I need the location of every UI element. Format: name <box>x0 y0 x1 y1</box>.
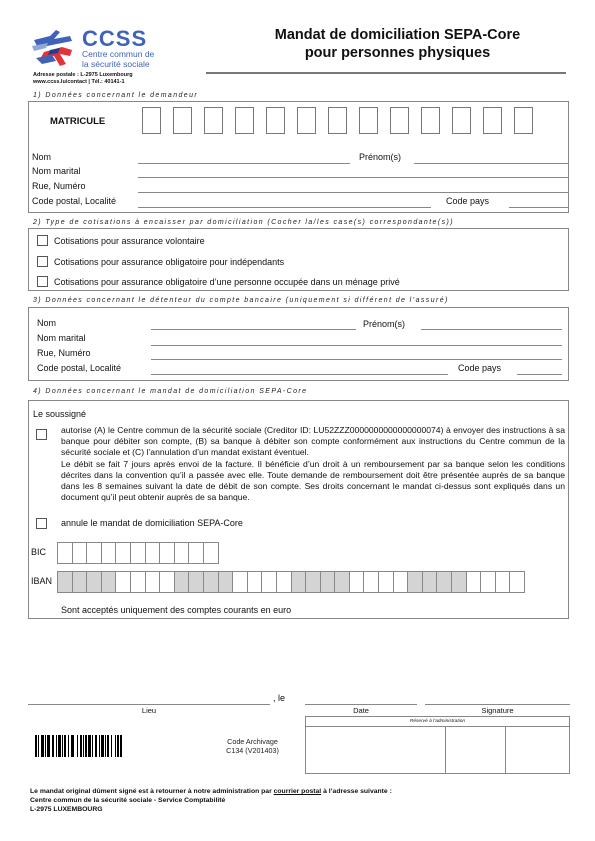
iban-char-cell[interactable] <box>232 571 248 593</box>
title-divider <box>206 72 566 74</box>
section4-heading: 4) Données concernant le mandat de domic… <box>33 388 307 395</box>
euro-accounts-note: Sont acceptés uniquement des comptes cou… <box>61 605 291 615</box>
admin-reserved-box: Réservé à l’administration <box>305 716 570 774</box>
s3-code-postal-label: Code postal, Localité <box>37 363 121 373</box>
iban-char-cell[interactable] <box>436 571 452 593</box>
cancel-text: annule le mandat de domiciliation SEPA-C… <box>61 518 243 528</box>
section2-heading: 2) Type de cotisations à encaisser par d… <box>33 219 454 226</box>
logo-subtitle-line2: la sécurité sociale <box>82 59 154 69</box>
iban-char-cell[interactable] <box>320 571 336 593</box>
iban-char-cell[interactable] <box>261 571 277 593</box>
iban-char-cell[interactable] <box>407 571 423 593</box>
authorize-checkbox[interactable] <box>36 429 47 440</box>
matricule-digit-cell[interactable] <box>483 107 502 134</box>
archive-code: Code Archivage C134 (V201403) <box>225 737 280 755</box>
bic-char-cell[interactable] <box>203 542 219 564</box>
matricule-digit-cell[interactable] <box>173 107 192 134</box>
matricule-digit-cell[interactable] <box>452 107 471 134</box>
s1-rue-field[interactable] <box>138 192 569 193</box>
option-independants[interactable]: Cotisations pour assurance obligatoire p… <box>37 256 284 267</box>
cancel-checkbox[interactable] <box>36 518 47 529</box>
option-volontaire[interactable]: Cotisations pour assurance volontaire <box>37 235 205 246</box>
iban-char-cell[interactable] <box>276 571 292 593</box>
checkbox[interactable] <box>37 256 48 267</box>
lieu-field[interactable] <box>28 704 270 705</box>
bic-char-cell[interactable] <box>57 542 73 564</box>
s3-nom-label: Nom <box>37 318 56 328</box>
admin-divider <box>445 726 446 774</box>
s1-prenom-label: Prénom(s) <box>359 152 401 162</box>
section1-heading: 1) Données concernant le demandeur <box>33 92 198 99</box>
date-label: Date <box>305 706 417 715</box>
iban-char-cell[interactable] <box>291 571 307 593</box>
matricule-digit-cell[interactable] <box>204 107 223 134</box>
s3-nom-field[interactable] <box>151 329 356 330</box>
barcode-icon <box>35 735 175 757</box>
s1-nom-label: Nom <box>32 152 51 162</box>
checkbox[interactable] <box>37 235 48 246</box>
refund-paragraph: Le débit se fait 7 jours après envoi de … <box>61 459 565 504</box>
iban-char-cell[interactable] <box>86 571 102 593</box>
title-line2: pour personnes physiques <box>200 44 595 62</box>
authorize-paragraph: autorise (A) le Centre commun de la sécu… <box>61 425 565 459</box>
iban-char-cell[interactable] <box>218 571 234 593</box>
matricule-digit-cell[interactable] <box>514 107 533 134</box>
soussigne-label: Le soussigné <box>33 409 86 419</box>
matricule-digit-cell[interactable] <box>421 107 440 134</box>
matricule-digit-cell[interactable] <box>142 107 161 134</box>
postal-address: Adresse postale : L-2975 Luxembourg www.… <box>33 72 133 86</box>
courrier-postal-emphasis: courrier postal <box>274 788 322 795</box>
matricule-digit-cell[interactable] <box>359 107 378 134</box>
s3-nom-marital-field[interactable] <box>151 345 562 346</box>
contact-line: www.ccss.lu/contact | Tél.: 40141-1 <box>33 79 133 86</box>
iban-char-cell[interactable] <box>495 571 511 593</box>
footer-text: à l’adresse suivante : <box>321 788 392 795</box>
matricule-digit-cell[interactable] <box>390 107 409 134</box>
s3-rue-label: Rue, Numéro <box>37 348 91 358</box>
option-label: Cotisations pour assurance obligatoire p… <box>54 257 284 267</box>
bic-label: BIC <box>31 547 46 557</box>
option-label: Cotisations pour assurance volontaire <box>54 236 205 246</box>
iban-char-cell[interactable] <box>145 571 161 593</box>
authorize-text: autorise (A) le Centre commun de la sécu… <box>61 425 565 503</box>
le-label: , le <box>273 693 285 703</box>
s3-code-postal-field[interactable] <box>151 374 448 375</box>
signature-label: Signature <box>425 706 570 715</box>
iban-char-cell[interactable] <box>393 571 409 593</box>
s1-prenom-field[interactable] <box>414 163 569 164</box>
iban-char-cell[interactable] <box>509 571 525 593</box>
s1-code-pays-field[interactable] <box>509 207 569 208</box>
s1-code-postal-label: Code postal, Localité <box>32 196 116 206</box>
s3-rue-field[interactable] <box>151 359 562 360</box>
iban-char-cell[interactable] <box>480 571 496 593</box>
bic-char-cell[interactable] <box>174 542 190 564</box>
lieu-label: Lieu <box>28 706 270 715</box>
bic-char-cell[interactable] <box>188 542 204 564</box>
iban-char-cell[interactable] <box>130 571 146 593</box>
option-menage-prive[interactable]: Cotisations pour assurance obligatoire d… <box>37 276 400 287</box>
return-instructions: Le mandat original dûment signé est à re… <box>30 787 392 814</box>
s3-prenom-label: Prénom(s) <box>363 319 405 329</box>
bic-char-cell[interactable] <box>86 542 102 564</box>
bic-char-cell[interactable] <box>101 542 117 564</box>
section3-heading: 3) Données concernant le détenteur du co… <box>33 297 449 304</box>
admin-reserved-label: Réservé à l’administration <box>306 717 569 727</box>
matricule-digit-cell[interactable] <box>297 107 316 134</box>
bic-char-cell[interactable] <box>115 542 131 564</box>
s3-code-pays-field[interactable] <box>517 374 562 375</box>
s3-nom-marital-label: Nom marital <box>37 333 86 343</box>
matricule-digit-cell[interactable] <box>235 107 254 134</box>
admin-divider <box>505 726 506 774</box>
iban-char-cell[interactable] <box>378 571 394 593</box>
iban-char-cell[interactable] <box>305 571 321 593</box>
ccss-logo-icon <box>30 28 76 68</box>
footer-line1: Le mandat original dûment signé est à re… <box>30 787 392 796</box>
matricule-label: MATRICULE <box>50 116 105 127</box>
matricule-digit-cell[interactable] <box>328 107 347 134</box>
address-line: Adresse postale : L-2975 Luxembourg <box>33 72 133 79</box>
iban-label: IBAN <box>31 576 52 586</box>
iban-char-cell[interactable] <box>334 571 350 593</box>
iban-char-cell[interactable] <box>247 571 263 593</box>
iban-input[interactable] <box>57 571 524 593</box>
iban-char-cell[interactable] <box>203 571 219 593</box>
s1-nom-field[interactable] <box>138 163 350 164</box>
date-field[interactable] <box>305 704 417 705</box>
logo-subtitle-line1: Centre commun de <box>82 49 154 59</box>
matricule-digit-cell[interactable] <box>266 107 285 134</box>
page-title: Mandat de domiciliation SEPA-Core pour p… <box>200 26 595 62</box>
iban-char-cell[interactable] <box>422 571 438 593</box>
bic-char-cell[interactable] <box>159 542 175 564</box>
archive-code-value: C134 (V201403) <box>225 746 280 755</box>
footer-line2: Centre commun de la sécurité sociale - S… <box>30 796 392 805</box>
iban-char-cell[interactable] <box>363 571 379 593</box>
s3-prenom-field[interactable] <box>421 329 562 330</box>
bic-char-cell[interactable] <box>145 542 161 564</box>
s3-code-pays-label: Code pays <box>458 363 501 373</box>
iban-char-cell[interactable] <box>349 571 365 593</box>
s1-rue-label: Rue, Numéro <box>32 181 86 191</box>
footer-text: Le mandat original dûment signé est à re… <box>30 788 274 795</box>
archive-label: Code Archivage <box>225 737 280 746</box>
bic-char-cell[interactable] <box>72 542 88 564</box>
matricule-input[interactable] <box>142 107 533 134</box>
iban-char-cell[interactable] <box>72 571 88 593</box>
iban-char-cell[interactable] <box>115 571 131 593</box>
bic-char-cell[interactable] <box>130 542 146 564</box>
s1-nom-marital-label: Nom marital <box>32 166 81 176</box>
signature-field[interactable] <box>425 704 570 705</box>
title-line1: Mandat de domiciliation SEPA-Core <box>200 26 595 44</box>
iban-char-cell[interactable] <box>466 571 482 593</box>
iban-char-cell[interactable] <box>101 571 117 593</box>
iban-char-cell[interactable] <box>174 571 190 593</box>
iban-char-cell[interactable] <box>188 571 204 593</box>
checkbox[interactable] <box>37 276 48 287</box>
bic-input[interactable] <box>57 542 218 564</box>
option-label: Cotisations pour assurance obligatoire d… <box>54 277 400 287</box>
s1-nom-marital-field[interactable] <box>138 177 569 178</box>
iban-char-cell[interactable] <box>451 571 467 593</box>
iban-char-cell[interactable] <box>159 571 175 593</box>
logo-subtitle: Centre commun de la sécurité sociale <box>82 49 154 69</box>
iban-char-cell[interactable] <box>57 571 73 593</box>
footer-line3: L-2975 LUXEMBOURG <box>30 805 392 814</box>
s1-code-postal-field[interactable] <box>138 207 431 208</box>
s1-code-pays-label: Code pays <box>446 196 489 206</box>
